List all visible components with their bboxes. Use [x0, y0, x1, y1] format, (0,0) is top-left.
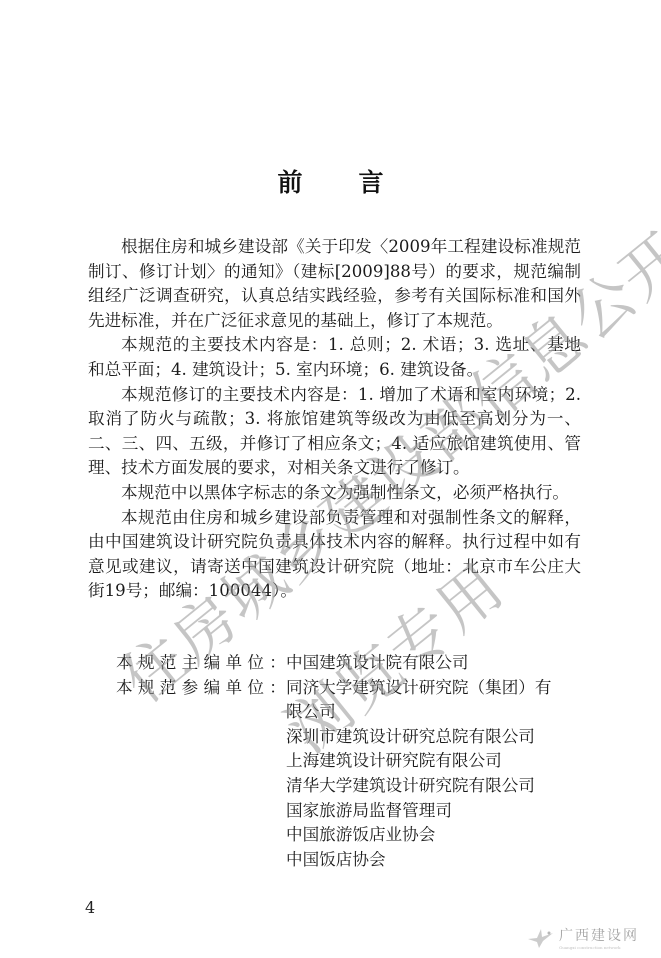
- paragraph-4: 本规范中以黑体字标志的条文为强制性条文，必须严格执行。: [88, 481, 581, 506]
- participating-unit: 中国饭店协会: [286, 848, 552, 873]
- participating-unit: 中国旅游饭店业协会: [286, 823, 552, 848]
- participating-unit: 国家旅游局监督管理司: [286, 799, 552, 824]
- participating-unit: 深圳市建筑设计研究总院有限公司: [286, 725, 552, 750]
- chief-editor-label: 本规范主编单位：: [116, 651, 286, 676]
- participating-editors-label: 本规范参编单位：: [116, 676, 286, 873]
- logo-subtitle: Guangxi construction network: [559, 945, 639, 950]
- logo-text: 广西建设网 Guangxi construction network: [559, 925, 639, 950]
- page-number: 4: [85, 898, 95, 917]
- editor-units: 本规范主编单位： 中国建筑设计院有限公司 本规范参编单位： 同济大学建筑设计研究…: [116, 651, 552, 872]
- paragraph-3: 本规范修订的主要技术内容是：1. 增加了术语和室内环境；2. 取消了防火与疏散；…: [88, 383, 581, 481]
- participating-unit: 限公司: [286, 700, 552, 725]
- paragraph-5: 本规范由住房和城乡建设部负责管理和对强制性条文的解释，由中国建筑设计研究院负责具…: [88, 506, 581, 604]
- participating-unit: 上海建筑设计研究院有限公司: [286, 749, 552, 774]
- logo-name: 广西建设网: [559, 925, 639, 945]
- participating-editors-list: 同济大学建筑设计研究院（集团）有 限公司 深圳市建筑设计研究总院有限公司 上海建…: [286, 676, 552, 873]
- page-title: 前言: [0, 163, 661, 199]
- chief-editor-unit: 中国建筑设计院有限公司: [286, 651, 469, 676]
- chief-editor-list: 中国建筑设计院有限公司: [286, 651, 469, 676]
- site-logo: 广西建设网 Guangxi construction network: [525, 925, 639, 950]
- paragraph-1: 根据住房和城乡建设部《关于印发〈2009年工程建设标准规范制订、修订计划〉的通知…: [88, 235, 581, 333]
- participating-unit: 清华大学建筑设计研究院有限公司: [286, 774, 552, 799]
- participating-editors-row: 本规范参编单位： 同济大学建筑设计研究院（集团）有 限公司 深圳市建筑设计研究总…: [116, 676, 552, 873]
- document-page: 前言 根据住房和城乡建设部《关于印发〈2009年工程建设标准规范制订、修订计划〉…: [0, 0, 661, 958]
- chief-editor-row: 本规范主编单位： 中国建筑设计院有限公司: [116, 651, 552, 676]
- star-logo-icon: [525, 927, 555, 949]
- preface-body: 根据住房和城乡建设部《关于印发〈2009年工程建设标准规范制订、修订计划〉的通知…: [88, 235, 581, 604]
- participating-unit: 同济大学建筑设计研究院（集团）有: [286, 676, 552, 701]
- paragraph-2: 本规范的主要技术内容是：1. 总则；2. 术语；3. 选址、基地和总平面；4. …: [88, 333, 581, 382]
